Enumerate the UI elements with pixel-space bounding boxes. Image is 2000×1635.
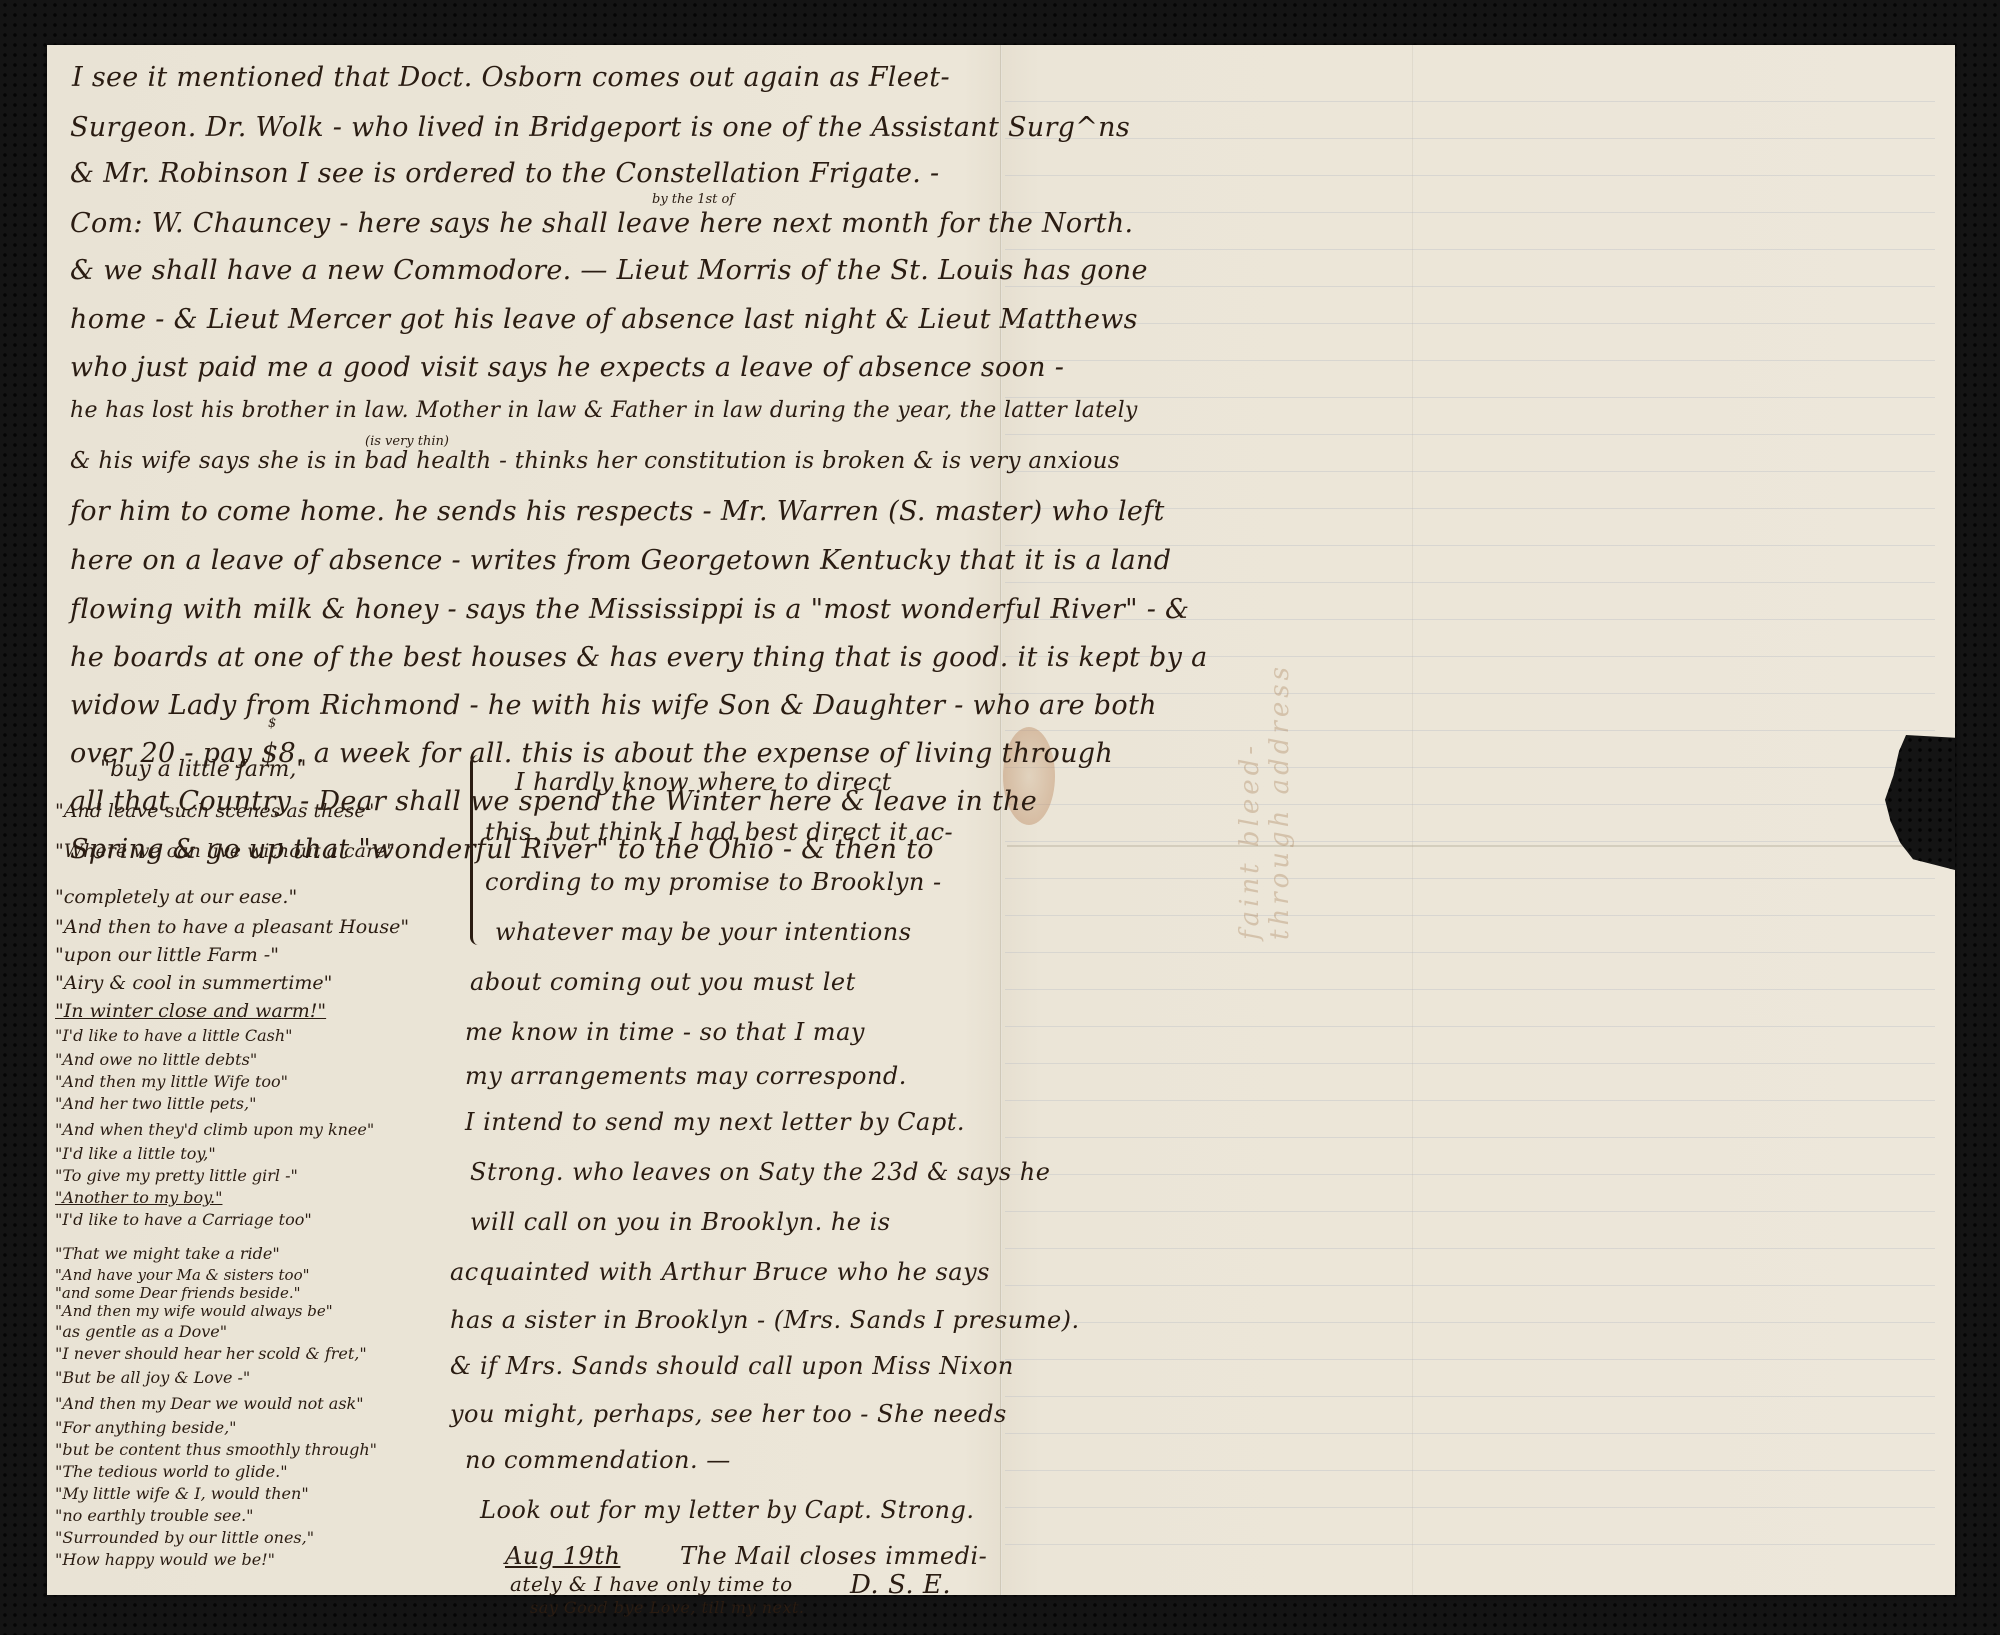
verse-line: "That we might take a ride" bbox=[55, 1244, 280, 1263]
verse-line: "as gentle as a Dove" bbox=[55, 1322, 227, 1341]
note-line: my arrangements may correspond. bbox=[465, 1062, 907, 1090]
note-line: I hardly know where to direct bbox=[515, 768, 892, 796]
letter-line: I see it mentioned that Doct. Osborn com… bbox=[72, 62, 950, 93]
verse-line: "And when they'd climb upon my knee" bbox=[55, 1120, 374, 1139]
note-line: me know in time - so that I may bbox=[465, 1018, 865, 1046]
verse-line: "upon our little Farm -" bbox=[55, 944, 279, 966]
letter-line: he boards at one of the best houses & ha… bbox=[70, 642, 1207, 673]
verse-line: "I'd like a little toy," bbox=[55, 1144, 216, 1163]
verse-line: "To give my pretty little girl -" bbox=[55, 1166, 298, 1185]
letter-line: home - & Lieut Mercer got his leave of a… bbox=[70, 304, 1138, 335]
note-line: about coming out you must let bbox=[470, 968, 856, 996]
postscript-date: Aug 19th bbox=[505, 1542, 620, 1570]
verse-line: "And her two little pets," bbox=[55, 1094, 256, 1113]
signature: D. S. E. bbox=[850, 1570, 951, 1600]
interlinear-insertion: (is very thin) bbox=[365, 434, 449, 449]
margin-bracket bbox=[470, 755, 483, 945]
verse-line: "and some Dear friends beside." bbox=[55, 1284, 301, 1302]
verse-line: "In winter close and warm!" bbox=[55, 1000, 326, 1022]
note-line: Strong. who leaves on Saty the 23d & say… bbox=[470, 1158, 1050, 1186]
verse-line: "And leave such scenes as these" bbox=[55, 800, 374, 822]
letter-line: & we shall have a new Commodore. — Lieut… bbox=[70, 255, 1148, 286]
interlinear-insertion: $ bbox=[268, 716, 276, 731]
verse-line: "Where we can live without a care" bbox=[55, 840, 395, 862]
postscript-line: ately & I have only time to bbox=[510, 1572, 793, 1596]
verse-line: "Airy & cool in summertime" bbox=[55, 972, 332, 994]
note-line: no commendation. — bbox=[465, 1446, 731, 1474]
verse-line: "completely at our ease." bbox=[55, 886, 297, 908]
verse-line: "And then my little Wife too" bbox=[55, 1072, 288, 1091]
postscript-line: The Mail closes immedi- bbox=[680, 1542, 987, 1570]
letter-line: & Mr. Robinson I see is ordered to the C… bbox=[70, 158, 939, 189]
verse-line: "And then my wife would always be" bbox=[55, 1302, 333, 1320]
postscript-line: say Good bye Love, till my next. bbox=[530, 1598, 805, 1617]
verse-line: "I'd like to have a little Cash" bbox=[55, 1026, 293, 1045]
verse-line: "I'd like to have a Carriage too" bbox=[55, 1210, 312, 1229]
verse-line: "For anything beside," bbox=[55, 1418, 237, 1437]
verse-line: "And then my Dear we would not ask" bbox=[55, 1394, 364, 1413]
verse-line: "My little wife & I, would then" bbox=[55, 1484, 309, 1503]
verse-line: "but be content thus smoothly through" bbox=[55, 1440, 377, 1459]
letter-line: Surgeon. Dr. Wolk - who lived in Bridgep… bbox=[70, 112, 1130, 143]
verse-line: "Surrounded by our little ones," bbox=[55, 1528, 314, 1547]
letter-line: flowing with milk & honey - says the Mis… bbox=[70, 594, 1189, 625]
verse-line: "I never should hear her scold & fret," bbox=[55, 1344, 367, 1363]
note-line: I intend to send my next letter by Capt. bbox=[465, 1108, 965, 1136]
letter-line: here on a leave of absence - writes from… bbox=[70, 545, 1171, 576]
note-line: will call on you in Brooklyn. he is bbox=[470, 1208, 891, 1236]
verse-line: "And have your Ma & sisters too" bbox=[55, 1266, 310, 1284]
ruled-lines bbox=[1005, 65, 1935, 1575]
verse-line: "no earthly trouble see." bbox=[55, 1506, 254, 1525]
letter-line: who just paid me a good visit says he ex… bbox=[70, 352, 1064, 383]
verse-line: "But be all joy & Love -" bbox=[55, 1368, 250, 1387]
interlinear-insertion: by the 1st of bbox=[652, 192, 734, 207]
note-line: whatever may be your intentions bbox=[495, 918, 912, 946]
letter-line: & his wife says she is in bad health - t… bbox=[70, 448, 1120, 474]
letter-line: for him to come home. he sends his respe… bbox=[70, 496, 1165, 527]
note-line: you might, perhaps, see her too - She ne… bbox=[450, 1400, 1007, 1428]
note-line: cording to my promise to Brooklyn - bbox=[485, 868, 942, 896]
verse-line: "buy a little farm," bbox=[100, 757, 306, 782]
letter-line: he has lost his brother in law. Mother i… bbox=[70, 398, 1138, 423]
note-line: acquainted with Arthur Bruce who he says bbox=[450, 1258, 990, 1286]
verse-line: "And then to have a pleasant House" bbox=[55, 916, 409, 938]
note-line: Look out for my letter by Capt. Strong. bbox=[480, 1496, 974, 1524]
verse-line: "And owe no little debts" bbox=[55, 1050, 257, 1069]
letter-line: widow Lady from Richmond - he with his w… bbox=[70, 690, 1157, 721]
note-line: has a sister in Brooklyn - (Mrs. Sands I… bbox=[450, 1306, 1080, 1334]
verse-line: "The tedious world to glide." bbox=[55, 1462, 288, 1481]
note-line: this. but think I had best direct it ac- bbox=[485, 818, 953, 846]
verse-line: "Another to my boy." bbox=[55, 1188, 222, 1207]
letter-line: Com: W. Chauncey - here says he shall le… bbox=[70, 208, 1133, 239]
bleed-through-writing: faint bleed-through address bbox=[1235, 640, 1325, 940]
note-line: & if Mrs. Sands should call upon Miss Ni… bbox=[450, 1352, 1014, 1380]
verse-line: "How happy would we be!" bbox=[55, 1550, 275, 1569]
